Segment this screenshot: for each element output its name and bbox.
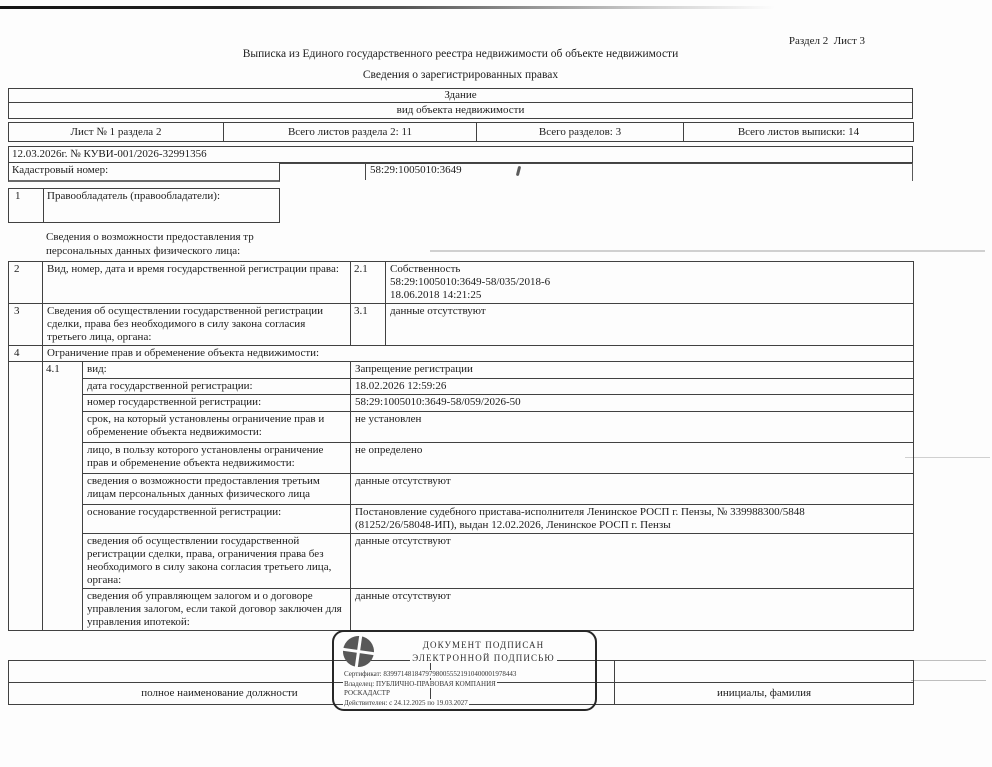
table-border — [43, 189, 44, 222]
table-row: сведения об управляющем залогом и о дого… — [9, 589, 914, 631]
rightholder-row: 1 Правообладатель (правообладатели): — [8, 188, 280, 223]
roskadastr-logo-icon — [341, 634, 376, 669]
sheet-number-cell: Лист № 1 раздела 2 — [9, 123, 224, 142]
field-label: сведения об управляющем залогом и о дого… — [83, 589, 351, 631]
table-border — [365, 163, 366, 180]
extract-date-number: 12.03.2026г. № КУВИ-001/2026-32991356 — [8, 146, 913, 163]
signature-empty-cell — [615, 661, 914, 683]
pen-mark-artifact — [516, 166, 521, 176]
stamp-title: ДОКУМЕНТ ПОДПИСАН ЭЛЕКТРОННОЙ ПОДПИСЬЮ — [380, 639, 587, 665]
stamp-certificate: Сертификат: 8399714818479798005552191040… — [343, 670, 587, 680]
registration-table: 2 Вид, номер, дата и время государственн… — [8, 261, 914, 631]
sheet-info-table: Лист № 1 раздела 2 Всего листов раздела … — [8, 122, 914, 142]
section-sheet-label: Раздел 2 Лист 3 — [789, 35, 865, 47]
row-number: 4 — [9, 346, 43, 362]
field-value: 58:29:1005010:3649-58/059/2026-50 — [351, 395, 914, 412]
cadastral-number-label: Кадастровый номер: — [8, 163, 280, 182]
stamp-details: Сертификат: 8399714818479798005552191040… — [343, 670, 587, 708]
extract-sheets-total-cell: Всего листов выписки: 14 — [684, 123, 914, 142]
field-label: лицо, в пользу которого установлены огра… — [83, 443, 351, 474]
field-value: данные отсутствуют — [351, 589, 914, 631]
section-label: Ограничение прав и обременение объекта н… — [43, 346, 914, 362]
field-label: сведения об осуществлении государственно… — [83, 534, 351, 589]
document-title: Выписка из Единого государственного реес… — [8, 48, 913, 60]
field-value: Собственность 58:29:1005010:3649-58/035/… — [386, 262, 914, 304]
stamp-title-line2: ЭЛЕКТРОННОЙ ПОДПИСЬЮ — [410, 653, 556, 663]
stamp-owner: Владелец: ПУБЛИЧНО-ПРАВОВАЯ КОМПАНИЯ — [343, 680, 587, 690]
table-row: 4.1 вид: Запрещение регистрации — [9, 362, 914, 379]
digital-signature-stamp: ДОКУМЕНТ ПОДПИСАН ЭЛЕКТРОННОЙ ПОДПИСЬЮ С… — [332, 630, 597, 711]
field-value: не установлен — [351, 412, 914, 443]
table-row: 2 Вид, номер, дата и время государственн… — [9, 262, 914, 304]
table-row: срок, на который установлены ограничение… — [9, 412, 914, 443]
field-label: срок, на который установлены ограничение… — [83, 412, 351, 443]
field-value: данные отсутствуют — [351, 474, 914, 505]
field-label: Сведения об осуществлении государственно… — [43, 304, 351, 346]
field-value: Запрещение регистрации — [351, 362, 914, 379]
field-label: номер государственной регистрации: — [83, 395, 351, 412]
sections-total-cell: Всего разделов: 3 — [477, 123, 684, 142]
field-label: дата государственной регистрации: — [83, 379, 351, 395]
table-row: лицо, в пользу которого установлены огра… — [9, 443, 914, 474]
row-number: 2 — [9, 262, 43, 304]
scan-streak — [911, 680, 986, 681]
table-row: 3 Сведения об осуществлении государствен… — [9, 304, 914, 346]
sub-number: 4.1 — [43, 362, 83, 631]
object-type-value: Здание — [9, 89, 913, 103]
cadastral-number-value: 58:29:1005010:3649 — [370, 164, 462, 176]
scan-streak — [905, 457, 990, 458]
document-subtitle: Сведения о зарегистрированных правах — [8, 69, 913, 81]
stamp-title-line1: ДОКУМЕНТ ПОДПИСАН — [421, 640, 547, 650]
stamp-validity: Действителен: с 24.12.2025 по 19.03.2027 — [343, 699, 587, 709]
table-border — [912, 163, 913, 181]
sub-number: 2.1 — [351, 262, 386, 304]
personal-data-consent-label: Сведения о возможности предоставления тр… — [46, 230, 254, 258]
sub-number: 3.1 — [351, 304, 386, 346]
object-type-table: Здание вид объекта недвижимости — [8, 88, 913, 119]
table-row: дата государственной регистрации: 18.02.… — [9, 379, 914, 395]
field-value: данные отсутствуют — [351, 534, 914, 589]
stamp-header: ДОКУМЕНТ ПОДПИСАН ЭЛЕКТРОННОЙ ПОДПИСЬЮ — [343, 636, 587, 667]
section-sheets-total-cell: Всего листов раздела 2: 11 — [224, 123, 477, 142]
field-value: Постановление судебного пристава-исполни… — [351, 505, 914, 534]
table-row: номер государственной регистрации: 58:29… — [9, 395, 914, 412]
field-value: 18.02.2026 12:59:26 — [351, 379, 914, 395]
table-row: сведения об осуществлении государственно… — [9, 534, 914, 589]
scan-line-artifact — [0, 6, 775, 9]
table-row: сведения о возможности предоставления тр… — [9, 474, 914, 505]
stamp-owner-org: РОСКАДАСТР — [343, 689, 587, 699]
field-label: вид: — [83, 362, 351, 379]
field-label: сведения о возможности предоставления тр… — [83, 474, 351, 505]
row-number: 1 — [15, 190, 21, 202]
table-row: основание государственной регистрации: П… — [9, 505, 914, 534]
field-label: Вид, номер, дата и время государственной… — [43, 262, 351, 304]
table-row: 4 Ограничение прав и обременение объекта… — [9, 346, 914, 362]
spacer-cell — [9, 362, 43, 631]
field-value: данные отсутствуют — [386, 304, 914, 346]
field-label: основание государственной регистрации: — [83, 505, 351, 534]
row-number: 3 — [9, 304, 43, 346]
initials-surname-label: инициалы, фамилия — [615, 683, 914, 705]
rightholder-label: Правообладатель (правообладатели): — [47, 190, 220, 202]
object-type-caption: вид объекта недвижимости — [9, 103, 913, 119]
field-value: не определено — [351, 443, 914, 474]
scan-streak — [911, 660, 986, 661]
scan-streak — [430, 250, 985, 252]
egrn-extract-page: Раздел 2 Лист 3 Выписка из Единого госуд… — [0, 0, 992, 767]
